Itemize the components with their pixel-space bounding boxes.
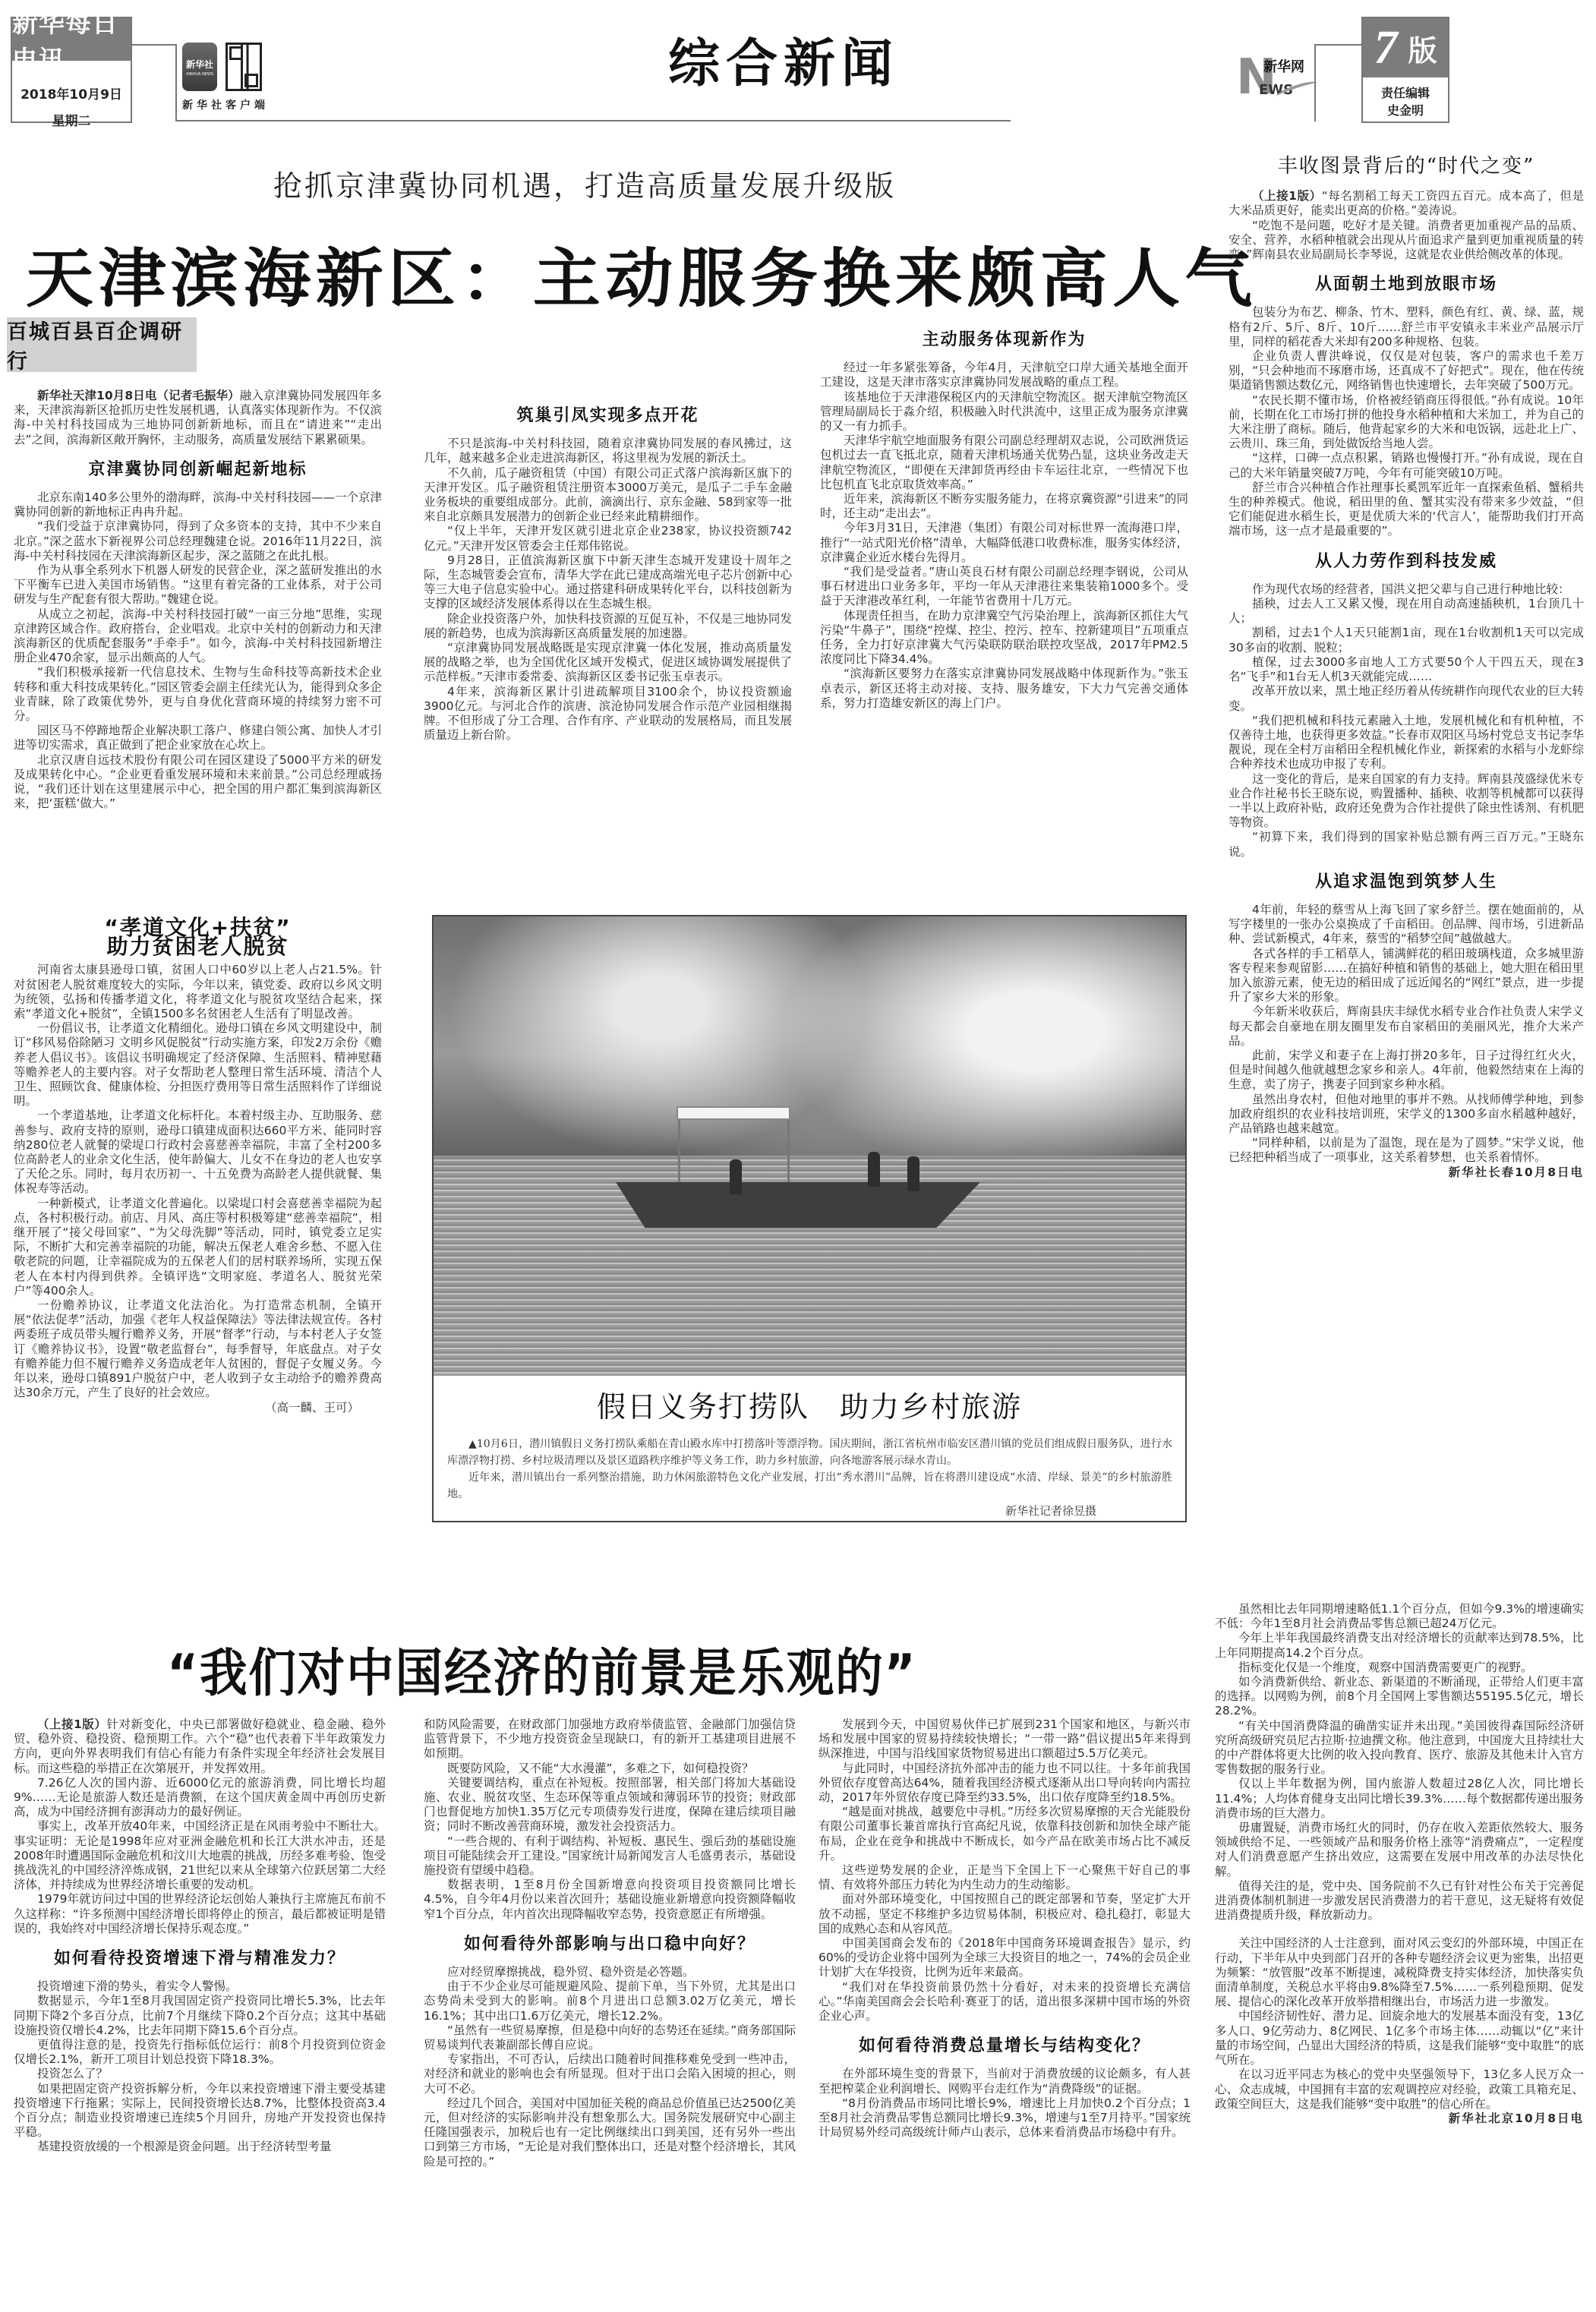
article3-subhead-1: 从面朝土地到放眼市场 bbox=[1229, 277, 1584, 292]
paragraph: “越是面对挑战，越要危中寻机。”历经多次贸易摩擦的天合光能股份有限公司董事长兼首… bbox=[819, 1805, 1191, 1863]
article4-column-4: 虽然相比去年同期增速略低1.1个百分点，但如今9.3%的增速确实不低：今年1至8… bbox=[1215, 1602, 1584, 2126]
page-number-box: 7 版 责任编辑 史金明 bbox=[1361, 17, 1449, 123]
article4-subhead-3: 如何看待消费总量增长与结构变化？ bbox=[819, 2039, 1191, 2053]
paragraph: “初算下来，我们得到的国家补贴总额有两三百万元。”王晓东说。 bbox=[1229, 830, 1584, 859]
article2-title-line2: 助力贫困老人脱贫 bbox=[14, 939, 382, 954]
person-figure bbox=[868, 1152, 880, 1187]
paragraph: “滨海新区要努力在落实京津冀协同发展战略中体现新作为。”张玉卓表示，新区还将主动… bbox=[820, 667, 1188, 711]
article1-subhead-1: 京津冀协同创新崛起新地标 bbox=[14, 462, 382, 477]
paragraph: 植保，过去3000多亩地人工方式要50个人干四五天，现在3名“飞手”和1台无人机… bbox=[1229, 655, 1584, 684]
article4-column-1: （上接1版）针对新变化，中央已部署做好稳就业、稳金融、稳外贸、稳外资、稳投资、稳… bbox=[14, 1717, 386, 2155]
article4-subhead-1: 如何看待投资增速下滑与精准发力？ bbox=[14, 1951, 386, 1966]
paragraph: 体现责任担当，在助力京津冀空气污染治理上，滨海新区抓住大气污染“牛鼻子”，围绕“… bbox=[820, 609, 1188, 667]
paragraph: 不久前，瓜子融资租赁（中国）有限公司正式落户滨海新区旗下的天津开发区。瓜子融资租… bbox=[424, 466, 792, 525]
editor-name: 史金明 bbox=[1363, 101, 1448, 118]
paragraph: 除企业投资落户外，加快科技资源的互促互补，不仅是三地协同发展的新趋势，也成为滨海… bbox=[424, 612, 792, 641]
article1-headline: 天津滨海新区：主动服务换来颇高人气 bbox=[26, 228, 1257, 320]
paragraph: 9月28日，正值滨海新区旗下中新天津生态城开发建设十周年之际，生态城管委会宣布，… bbox=[424, 554, 792, 612]
article4-dateline: 新华社北京10月8日电 bbox=[1215, 2112, 1584, 2126]
article2-byline: （高一麟、王可） bbox=[14, 1401, 382, 1415]
paragraph: 投资怎么了？ bbox=[14, 2067, 386, 2081]
paragraph: “8月份消费品市场同比增长9%，增速比上月加快0.2个百分点；1至8月社会消费品… bbox=[819, 2096, 1191, 2140]
paragraph: 4年来，滨海新区累计引进疏解项目3100余个，协议投资额逾3900亿元。与河北合… bbox=[424, 685, 792, 743]
paragraph: “一些合规的、有利于调结构、补短板、惠民生、强后劲的基础设施项目可能陆续会开工建… bbox=[424, 1834, 796, 1878]
article1-subhead-3: 主动服务体现新作为 bbox=[820, 333, 1188, 347]
paragraph: 指标变化仅是一个维度，观察中国消费需要更广的视野。 bbox=[1215, 1661, 1584, 1675]
paragraph: 仅以上半年数据为例，国内旅游人数超过28亿人次，同比增长11.4%；人均体育健身… bbox=[1215, 1777, 1584, 1821]
paragraph: “有关中国消费降温的确凿实证并未出现。”美国彼得森国际经济研究所高级研究员尼古拉… bbox=[1215, 1719, 1584, 1777]
paragraph: 今年3月31日，天津港（集团）有限公司对标世界一流海港口岸，推行“一站式阳光价格… bbox=[820, 521, 1188, 565]
paragraph: 天津华宇航空地面服务有限公司副总经理胡双志说，公司欧洲货运包机过去一直飞抵北京，… bbox=[820, 434, 1188, 492]
article1-column-3: 主动服务体现新作为 经过一年多紧张筹备，今年4月，天津航空口岸大通关基地全面开工… bbox=[820, 317, 1188, 711]
paragraph: 更值得注意的是，投资先行指标低位运行：前8个月投资到位资金仅增长2.1%，新开工… bbox=[14, 2038, 386, 2067]
paragraph: 虽然出身农村，但他对地里的事并不熟。从找师傅学种地，到参加政府组织的农业科技培训… bbox=[1229, 1093, 1584, 1137]
paragraph: 北京汉唐自远技术股份有限公司在园区建设了5000平方米的研发及成果转化中心。“企… bbox=[14, 753, 382, 812]
paragraph: 面对外部环境变化，中国按照自己的既定部署和节奏，坚定扩大开放不动摇，坚定不移维护… bbox=[819, 1892, 1191, 1936]
paragraph: 河南省太康县逊母口镇，贫困人口中60岁以上老人占21.5%。针对贫困老人脱贫难度… bbox=[14, 963, 382, 1021]
paragraph: 该基地位于天津港保税区内的天津航空物流区。据天津航空物流区管理局副局长于淼介绍，… bbox=[820, 390, 1188, 434]
paragraph: 虽然相比去年同期增速略低1.1个百分点，但如今9.3%的增速确实不低：今年1至8… bbox=[1215, 1602, 1584, 1631]
continued-label: （上接1版） bbox=[1252, 189, 1322, 203]
paragraph: 一种新模式，让孝道文化普遍化。以梁堤口村会喜慈善幸福院为起点，各村积极行动。前店… bbox=[14, 1197, 382, 1298]
article3-subhead-2: 从人力劳作到科技发威 bbox=[1229, 554, 1584, 569]
paragraph: 如果把固定资产投资拆解分析，今年以来投资增速下滑主要受基建投资增速下行拖累；实际… bbox=[14, 2082, 386, 2140]
paragraph: （上接1版）针对新变化，中央已部署做好稳就业、稳金融、稳外贸、稳外资、稳投资、稳… bbox=[14, 1717, 386, 1776]
masthead-rule bbox=[1314, 44, 1361, 46]
paragraph: 中国美国商会发布的《2018年中国商务环境调查报告》显示，约60%的受访企业将中… bbox=[819, 1936, 1191, 1980]
paragraph: 园区马不停蹄地帮企业解决职工落户、修建白领公寓、加快人才引进等切实需求，真正做到… bbox=[14, 724, 382, 752]
paragraph: 各式各样的手工稻草人，铺满鲜花的稻田玻璃栈道，众多城里游客专程来参观留影……在搞… bbox=[1229, 947, 1584, 1005]
paragraph: 企业负责人曹洪峰说，仅仅是对包装，客户的需求也千差万别，“只会种地而不琢磨市场，… bbox=[1229, 349, 1584, 393]
photo-title: 假日义务打捞队 助力乡村旅游 bbox=[434, 1383, 1185, 1425]
paper-nameplate: 新华每日电讯 2018年10月9日 星期二 bbox=[11, 17, 132, 123]
paragraph: 4年前，年轻的蔡雪从上海飞回了家乡舒兰。摆在她面前的，从写字楼里的一张办公桌换成… bbox=[1229, 903, 1584, 947]
article3: 丰收图景背后的“时代之变” （上接1版）“每名割稻工每天工资四五百元。成本高了，… bbox=[1229, 159, 1584, 1180]
masthead-rule bbox=[175, 44, 177, 121]
article1-column-2: 筑巢引凤实现多点开花 不只是滨海-中关村科技园，随着京津冀协同发展的春风拂过，这… bbox=[424, 355, 792, 743]
paragraph: 这一变化的背后，是来自国家的有力支持。辉南县茂盛绿优米专业合作社秘书长王晓东说，… bbox=[1229, 772, 1584, 831]
masthead-rule bbox=[132, 44, 176, 46]
article3-subhead-3: 从追求温饱到筑梦人生 bbox=[1229, 875, 1584, 889]
paragraph: 数据显示，今年1至8月我国固定资产投资同比增长5.3%，比去年同期下降2个多百分… bbox=[14, 1994, 386, 2038]
paragraph: 一个孝道基地，让孝道文化标杆化。本着村级主办、互助服务、慈善参与、政府支持的原则… bbox=[14, 1109, 382, 1196]
article4-column-3: 发展到今天，中国贸易伙伴已扩展到231个国家和地区，与新兴市场和发展中国家的贸易… bbox=[819, 1717, 1191, 2140]
article1-column-1: 新华社天津10月8日电（记者毛振华）融入京津冀协同发展四年多来，天津滨海新区抢抓… bbox=[14, 389, 382, 811]
paragraph: 经过几个回合，美国对中国加征关税的商品总价值虽已达2500亿美元，但对经济的实际… bbox=[424, 2096, 796, 2169]
paragraph: 如今消费新供给、新业态、新渠道的不断涌现，正带给人们更丰富的选择。以网购为例，前… bbox=[1215, 1675, 1584, 1719]
paragraph: 插秧，过去人工又累又慢，现在用自动高速插秧机，1台顶几十人； bbox=[1229, 597, 1584, 626]
paragraph: 投资增速下滑的势头，着实令人警惕。 bbox=[14, 1979, 386, 1994]
continued-label: （上接1版） bbox=[37, 1717, 106, 1731]
paragraph: 事实上，改革开放40年来，中国经济正是在风雨考验中不断壮大。事实证明：无论是19… bbox=[14, 1819, 386, 1892]
boat-canopy bbox=[677, 1106, 790, 1120]
editor-role: 责任编辑 bbox=[1363, 84, 1448, 101]
paragraph: “我们积极承接新一代信息技术、生物与生命科技等高新技术企业转移和重大科技成果转化… bbox=[14, 665, 382, 724]
app-caption: 新华社客户端 bbox=[182, 97, 269, 112]
paragraph: “这样，口碑一点点积累，销路也慢慢打开。”孙有成说，现在自己的大米年销量突破7万… bbox=[1229, 451, 1584, 480]
paragraph: 发展到今天，中国贸易伙伴已扩展到231个国家和地区，与新兴市场和发展中国家的贸易… bbox=[819, 1717, 1191, 1762]
paragraph: 经过一年多紧张筹备，今年4月，天津航空口岸大通关基地全面开工建设，这是天津市落实… bbox=[820, 361, 1188, 390]
paragraph: 中国经济韧性好、潜力足、回旋余地大的发展基本面没有变，13亿多人口、9亿劳动力、… bbox=[1215, 2009, 1584, 2068]
page-suffix: 版 bbox=[1408, 27, 1437, 69]
paragraph: 从成立之初起，滨海-中关村科技园打破“一亩三分地”思维，实现京津跨区域合作。政府… bbox=[14, 607, 382, 666]
paragraph: 此前，宋学义和妻子在上海打拼20多年，日子过得红红火火，但是时间越久他就越想念家… bbox=[1229, 1049, 1584, 1093]
paragraph: 数据表明，1至8月份全国新增意向投资项目投资额同比增长4.5%，自今年4月份以来… bbox=[424, 1878, 796, 1922]
app-logo-text: 新华社 bbox=[186, 58, 213, 71]
article4-subhead-2: 如何看待外部影响与出口稳中向好？ bbox=[424, 1937, 796, 1951]
paragraph: 毋庸置疑，消费市场红火的同时，仍存在收入差距依然较大、服务领域供给不足、一些领域… bbox=[1215, 1821, 1584, 1879]
paper-name: 新华每日电讯 bbox=[12, 18, 131, 61]
paragraph: 今年上半年我国最终消费支出对经济增长的贡献率达到78.5%，比上年同期提高14.… bbox=[1215, 1631, 1584, 1660]
paragraph: 包装分为布艺、柳条、竹木、塑料，颜色有红、黄、绿、蓝，规格有2斤、5斤、8斤、1… bbox=[1229, 305, 1584, 349]
paragraph: 在外部环境生变的背景下，当前对于消费放缓的议论颇多，有人甚至把榨菜企业利润增长、… bbox=[819, 2067, 1191, 2096]
article4-column-2: 和防风险需要，在财政部门加强地方政府举债监管、金融部门加强信贷监管背景下，不少地… bbox=[424, 1717, 796, 2169]
paragraph: 近年来，滨海新区不断夯实服务能力，在将京冀资源“引进来”的同时，还主动“走出去”… bbox=[820, 492, 1188, 521]
paragraph: 作为从事全系列水下机器人研发的民营企业，深之蓝研发推出的水下平衡车已进入美国市场… bbox=[14, 563, 382, 607]
paragraph: 基建投资放缓的一个根源是资金问题。出于经济转型考量 bbox=[14, 2140, 386, 2154]
photo-feature: 假日义务打捞队 助力乡村旅游 ▲10月6日，潜川镇假日义务打捞队乘船在青山殿水库… bbox=[432, 915, 1187, 1522]
paragraph: “我们是受益者。”唐山英良石材有限公司副总经理李钢说，公司从事石材进出口业务多年… bbox=[820, 565, 1188, 609]
paragraph: 作为现代农场的经营者，国洪义把父辈与自己进行种地比较： bbox=[1229, 582, 1584, 597]
masthead-rule bbox=[175, 120, 1011, 121]
issue-weekday: 星期二 bbox=[12, 110, 131, 129]
qr-code-icon bbox=[226, 43, 262, 91]
photo-credit: 新华社记者徐昱摄 bbox=[447, 1503, 1172, 1519]
paragraph: 在以习近平同志为核心的党中央坚强领导下，13亿多人民万众一心、众志成城，中国拥有… bbox=[1215, 2068, 1584, 2112]
article2: “孝道文化+扶贫” 助力贫困老人脱贫 河南省太康县逊母口镇，贫困人口中60岁以上… bbox=[14, 920, 382, 1415]
paragraph: 专家指出，不可否认，后续出口随着时间推移难免受到一些冲击，对经济和就业的影响也会… bbox=[424, 2052, 796, 2096]
series-banner: 百城百县百企调研行 bbox=[7, 317, 197, 372]
article3-dateline: 新华社长春10月8日电 bbox=[1229, 1165, 1584, 1180]
article4-headline: “我们对中国经济的前景是乐观的” bbox=[167, 1632, 917, 1706]
xinhua-app-logo-icon: 新华社 XINHUA NEWS bbox=[182, 43, 217, 91]
paragraph: 应对经贸摩擦挑战，稳外贸、稳外资是必答题。 bbox=[424, 1965, 796, 1979]
paragraph: 割稻，过去1个人1天只能割1亩，现在1台收割机1天可以完成30多亩的收割、脱粒； bbox=[1229, 626, 1584, 654]
paragraph: 一份倡议书，让孝道文化精细化。逊母口镇在乡风文明建设中，制订“移风易俗除陋习 文… bbox=[14, 1021, 382, 1109]
cleanup-boat bbox=[616, 1182, 980, 1228]
canopy-pole bbox=[678, 1120, 680, 1188]
paragraph: 7.26亿人次的国内游、近6000亿元的旅游消费，同比增长均超9%……无论是旅游… bbox=[14, 1776, 386, 1820]
paragraph: 这些逆势发展的企业，正是当下全国上下一心聚焦干好自己的事情、有效将外部压力转化为… bbox=[819, 1863, 1191, 1892]
caption-paragraph: ▲10月6日，潜川镇假日义务打捞队乘船在青山殿水库中打捞落叶等漂浮物。国庆期间，… bbox=[447, 1436, 1172, 1469]
canopy-pole bbox=[787, 1120, 790, 1188]
paragraph: “京津冀协同发展战略既是实现京津冀一体化发展，推动高质量发展的战略之举，也为全国… bbox=[424, 641, 792, 685]
paragraph: 关注中国经济的人士注意到，面对风云变幻的外部环境，中国正在行动，下半年从中央到部… bbox=[1215, 1936, 1584, 2009]
paragraph: 与此同时，中国经济抗外部冲击的能力也不同以往。十多年前我国外贸依存度曾高达64%… bbox=[819, 1762, 1191, 1806]
paragraph: “同样种稻，以前是为了温饱，现在是为了圆梦。”宋学义说，他已经把种稻当成了一项事… bbox=[1229, 1136, 1584, 1165]
dateline: 新华社天津10月8日电（记者毛振华） bbox=[37, 389, 240, 402]
caption-paragraph: 近年来，潜川镇出台一系列整治措施，助力休闲旅游特色文化产业发展，打出“秀水潜川”… bbox=[447, 1469, 1172, 1503]
paragraph: 既要防风险，又不能“大水漫灌”，多难之下，如何稳投资？ bbox=[424, 1762, 796, 1776]
xinhuanet-logo-icon: N 新华网 EWS bbox=[1236, 53, 1304, 102]
paragraph: “我们受益于京津冀协同，得到了众多资本的支持，其中不少来自北京。”深之蓝水下新视… bbox=[14, 519, 382, 563]
article1-subhead-2: 筑巢引凤实现多点开花 bbox=[424, 408, 792, 423]
paragraph: “吃饱不是问题，吃好才是关键。消费者更加重视产品的品质、安全、营养，水稻种植就会… bbox=[1229, 219, 1584, 263]
boat-on-reservoir-photo bbox=[434, 916, 1185, 1376]
issue-date: 2018年10月9日 bbox=[12, 84, 131, 103]
article1-lead: 新华社天津10月8日电（记者毛振华）融入京津冀协同发展四年多来，天津滨海新区抢抓… bbox=[14, 389, 382, 447]
paragraph: “虽然有一些贸易摩擦，但是稳中向好的态势还在延续。”商务部国际贸易谈判代表兼副部… bbox=[424, 2023, 796, 2052]
paragraph: 和防风险需要，在财政部门加强地方政府举债监管、金融部门加强信贷监管背景下，不少地… bbox=[424, 1717, 796, 1762]
paragraph: 1979年就访问过中国的世界经济论坛创始人兼执行主席施瓦布前不久这样称：“许多预… bbox=[14, 1892, 386, 1936]
app-logo-subtext: XINHUA NEWS bbox=[186, 72, 213, 77]
person-figure bbox=[730, 1159, 742, 1194]
paragraph: （上接1版）“每名割稻工每天工资四五百元。成本高了，但是大米品质更好，能卖出更高… bbox=[1229, 189, 1584, 218]
paragraph: “我们把机械和科技元素融入土地，发展机械化和有机种植，不仅善待土地，也获得更多效… bbox=[1229, 714, 1584, 772]
paragraph: 由于不少企业尽可能规避风险、提前下单，当下外贸，尤其是出口态势尚未受到大的影响。… bbox=[424, 1979, 796, 2023]
paragraph: 一份赡养协议，让孝道文化法治化。为打造常态机制，全镇开展“依法促孝”活动，加强《… bbox=[14, 1298, 382, 1400]
photo-caption: ▲10月6日，潜川镇假日义务打捞队乘船在青山殿水库中打捞落叶等漂浮物。国庆期间，… bbox=[447, 1436, 1172, 1519]
section-title: 综合新闻 bbox=[668, 23, 899, 96]
paragraph: “仅上半年，天津开发区就引进北京企业238家，协议投资额742亿元。”天津开发区… bbox=[424, 524, 792, 553]
article2-title-line1: “孝道文化+扶贫” bbox=[14, 920, 382, 935]
article3-title: 丰收图景背后的“时代之变” bbox=[1229, 159, 1584, 174]
paragraph: “我们对在华投资前景仍然十分看好，对未来的投资增长充满信心。”华南美国商会会长哈… bbox=[819, 1980, 1191, 2024]
paragraph: “农民长期不懂市场，价格被经销商压得很低。”孙有成说。10年前，长期在化工市场打… bbox=[1229, 393, 1584, 452]
masthead-rule bbox=[1314, 44, 1316, 121]
paragraph: 舒兰市合兴种植合作社理事长奚凯军近年一直探索鱼稻、蟹稻共生的种养模式。他说，稻田… bbox=[1229, 481, 1584, 539]
paragraph: 关键要调结构，重点在补短板。按照部署，相关部门将加大基础设施、农业、脱贫攻坚、生… bbox=[424, 1776, 796, 1834]
paragraph: 不只是滨海-中关村科技园，随着京津冀协同发展的春风拂过，这几年，越来越多企业走进… bbox=[424, 437, 792, 465]
article1-kicker: 抢抓京津冀协同机遇，打造高质量发展升级版 bbox=[273, 162, 896, 204]
paragraph: 今年新米收获后，辉南县庆丰绿优水稻专业合作社负责人宋学义每天都会自豪地在朋友圈里… bbox=[1229, 1005, 1584, 1049]
paragraph: 值得关注的是，党中央、国务院前不久已有针对性公布关于完善促进消费体制机制进一步激… bbox=[1215, 1879, 1584, 1923]
paragraph: 改革开放以来，黑土地正经历着从传统耕作向现代农业的巨大转变。 bbox=[1229, 684, 1584, 713]
page-number: 7 bbox=[1374, 21, 1397, 75]
paragraph: 北京东南140多公里外的渤海畔，滨海-中关村科技园——一个京津冀协同创新的新地标… bbox=[14, 490, 382, 519]
person-figure bbox=[907, 1156, 919, 1191]
logo-cn: 新华网 bbox=[1263, 56, 1304, 76]
